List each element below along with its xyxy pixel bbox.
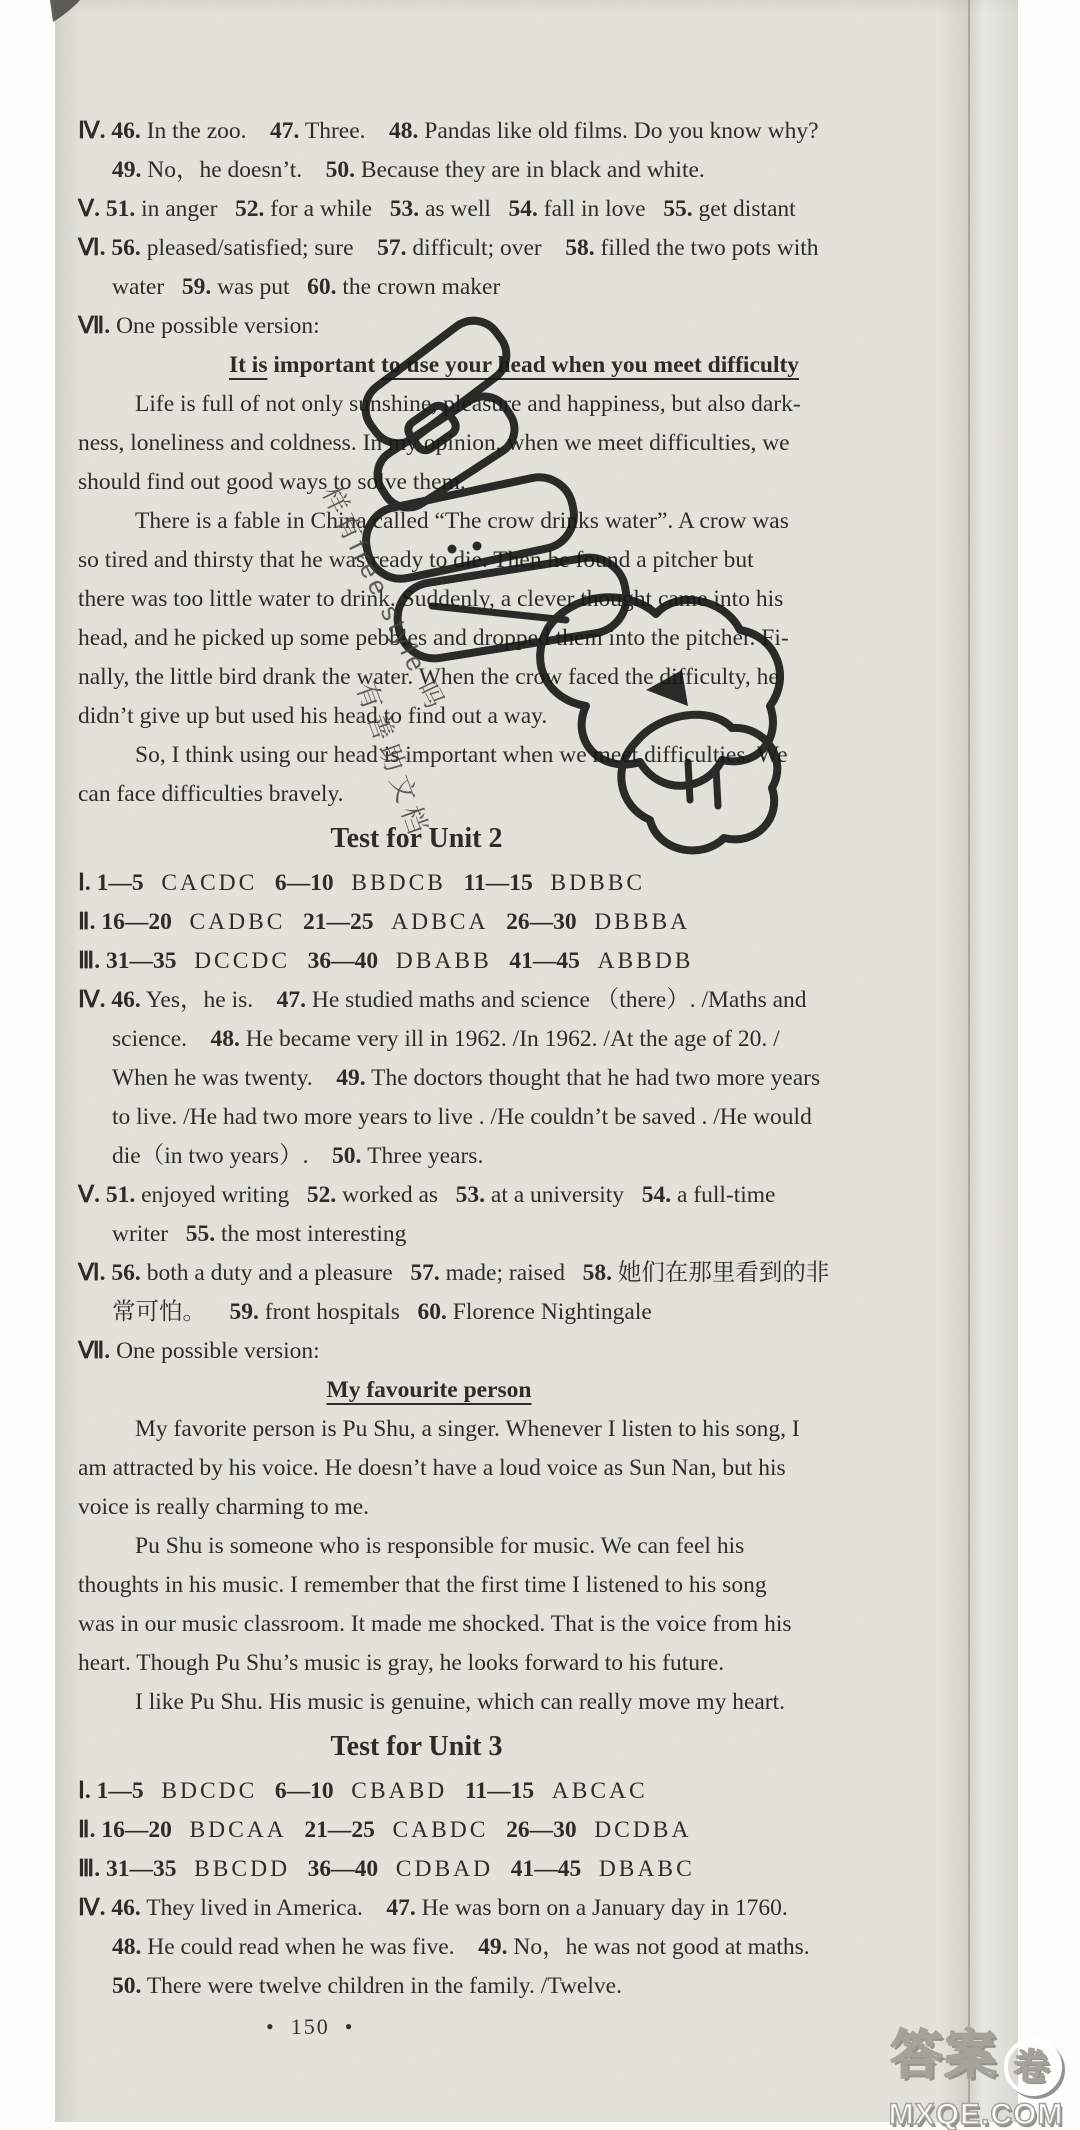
text-line: Ⅴ. 51. enjoyed writing 52. worked as 53.… bbox=[78, 1176, 950, 1215]
text-line: water 59. was put 60. the crown maker bbox=[78, 268, 950, 307]
text-line: so tired and thirsty that he was ready t… bbox=[78, 541, 950, 580]
text-line: My favourite person bbox=[78, 1371, 950, 1410]
text-line: Ⅶ. One possible version: bbox=[78, 1332, 950, 1371]
text-line: ness, loneliness and coldness. In my opi… bbox=[78, 424, 950, 463]
answer-site-watermark: 答案卷 MXQE.COM bbox=[870, 2030, 1080, 2130]
text-line: So, I think using our head is important … bbox=[78, 736, 950, 775]
page-curl-shading bbox=[940, 0, 1018, 2122]
text-line: can face difficulties bravely. bbox=[78, 775, 950, 814]
text-line: heart. Though Pu Shu’s music is gray, he… bbox=[78, 1644, 950, 1683]
text-line: 48. He could read when he was five. 49. … bbox=[78, 1928, 950, 1967]
page-top-shadow bbox=[55, 0, 1018, 14]
text-line: there was too little water to drink. Sud… bbox=[78, 580, 950, 619]
text-line: Ⅳ. 46. They lived in America. 47. He was… bbox=[78, 1889, 950, 1928]
section-heading: Test for Unit 2 bbox=[78, 816, 950, 862]
text-line: to live. /He had two more years to live … bbox=[78, 1098, 950, 1137]
text-line: nally, the little bird drank the water. … bbox=[78, 658, 950, 697]
text-line: 常可怕。 59. front hospitals 60. Florence Ni… bbox=[78, 1293, 950, 1332]
book-page: Ⅳ. 46. In the zoo. 47. Three. 48. Pandas… bbox=[55, 0, 1018, 2122]
text-line: Life is full of not only sunshine, pleas… bbox=[78, 385, 950, 424]
text-line: My favorite person is Pu Shu, a singer. … bbox=[78, 1410, 950, 1449]
text-line: There is a fable in China called “The cr… bbox=[78, 502, 950, 541]
text-line: Ⅱ. 16—20 BDCAA 21—25 CABDC 26—30 DCDBA bbox=[78, 1811, 950, 1850]
text-line: Ⅰ. 1—5 CACDC 6—10 BBDCB 11—15 BDBBC bbox=[78, 864, 950, 903]
text-line: Ⅶ. One possible version: bbox=[78, 307, 950, 346]
text-line: Pu Shu is someone who is responsible for… bbox=[78, 1527, 950, 1566]
page-number: • 150 • bbox=[78, 2007, 950, 2046]
answer-key-text: Ⅳ. 46. In the zoo. 47. Three. 48. Pandas… bbox=[78, 112, 950, 2046]
text-line: Ⅲ. 31—35 DCCDC 36—40 DBABB 41—45 ABBDB bbox=[78, 942, 950, 981]
text-line: I like Pu Shu. His music is genuine, whi… bbox=[78, 1683, 950, 1722]
text-line: Ⅵ. 56. both a duty and a pleasure 57. ma… bbox=[78, 1254, 950, 1293]
text-line: voice is really charming to me. bbox=[78, 1488, 950, 1527]
text-line: die（in two years）. 50. Three years. bbox=[78, 1137, 950, 1176]
text-line: Ⅲ. 31—35 BBCDD 36—40 CDBAD 41—45 DBABC bbox=[78, 1850, 950, 1889]
brand-characters: 答案 bbox=[890, 2027, 998, 2085]
text-line: should find out good ways to solve them. bbox=[78, 463, 950, 502]
section-heading: Test for Unit 3 bbox=[78, 1724, 950, 1770]
text-line: Ⅱ. 16—20 CADBC 21—25 ADBCA 26—30 DBBBA bbox=[78, 903, 950, 942]
text-line: Ⅳ. 46. In the zoo. 47. Three. 48. Pandas… bbox=[78, 112, 950, 151]
text-line: 50. There were twelve children in the fa… bbox=[78, 1967, 950, 2006]
text-line: Ⅳ. 46. Yes，he is. 47. He studied maths a… bbox=[78, 981, 950, 1020]
text-line: Ⅴ. 51. in anger 52. for a while 53. as w… bbox=[78, 190, 950, 229]
page-crease-line bbox=[968, 0, 970, 2122]
text-line: was in our music classroom. It made me s… bbox=[78, 1605, 950, 1644]
brand-circled-character: 卷 bbox=[1004, 2038, 1062, 2096]
text-line: writer 55. the most interesting bbox=[78, 1215, 950, 1254]
scanned-answer-page: Ⅳ. 46. In the zoo. 47. Three. 48. Pandas… bbox=[0, 0, 1080, 2130]
text-line: Ⅰ. 1—5 BDCDC 6—10 CBABD 11—15 ABCAC bbox=[78, 1772, 950, 1811]
text-line: When he was twenty. 49. The doctors thou… bbox=[78, 1059, 950, 1098]
brand-site-url: MXQE.COM bbox=[870, 2100, 1080, 2130]
text-line: thoughts in his music. I remember that t… bbox=[78, 1566, 950, 1605]
text-line: Ⅵ. 56. pleased/satisfied; sure 57. diffi… bbox=[78, 229, 950, 268]
text-line: didn’t give up but used his head to find… bbox=[78, 697, 950, 736]
text-line: head, and he picked up some pebbles and … bbox=[78, 619, 950, 658]
text-line: 49. No，he doesn’t. 50. Because they are … bbox=[78, 151, 950, 190]
text-line: It is important to use your head when yo… bbox=[78, 346, 950, 385]
text-line: am attracted by his voice. He doesn’t ha… bbox=[78, 1449, 950, 1488]
text-line: science. 48. He became very ill in 1962.… bbox=[78, 1020, 950, 1059]
